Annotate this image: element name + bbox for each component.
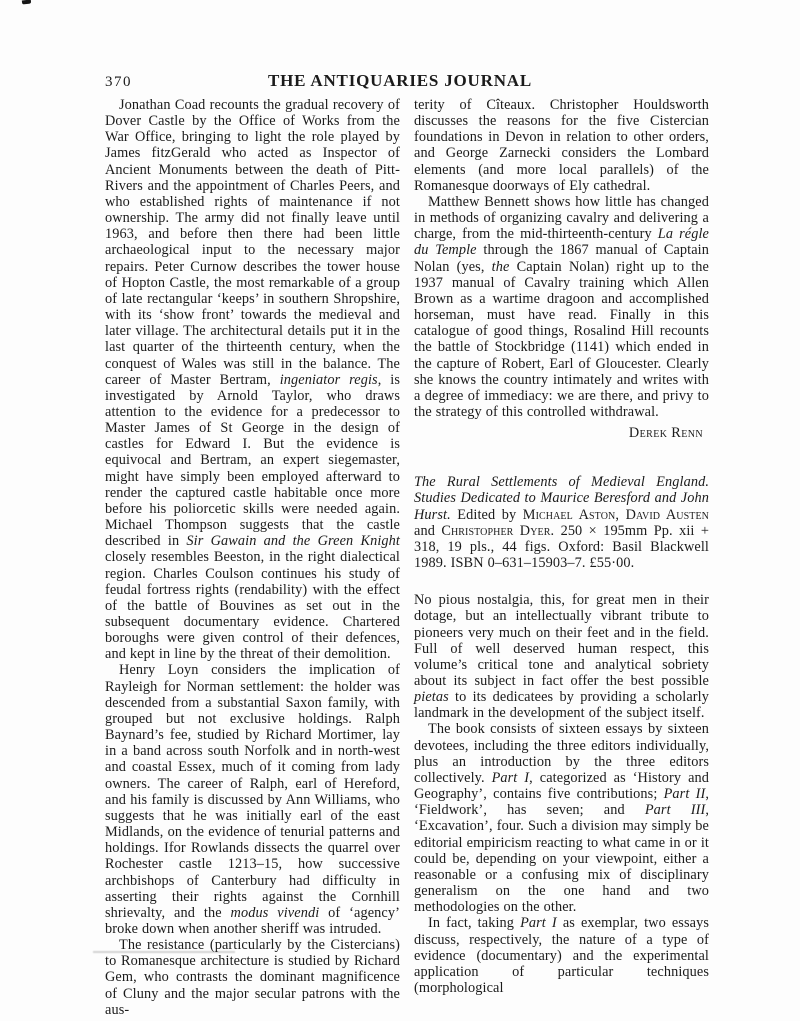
reviewer-signature: Derek Renn [414, 425, 709, 441]
book-citation: The Rural Settlements of Medieval Englan… [414, 474, 709, 571]
paragraph-cavalry-stockbridge: Matthew Bennett shows how little has cha… [414, 194, 709, 420]
reviewer-name: Derek Renn [629, 425, 703, 441]
paragraph-castle-studies: Jonathan Coad recounts the gradual recov… [105, 97, 400, 662]
review-paragraph-opening: No pious nostalgia, this, for great men … [414, 592, 709, 721]
two-column-text: Jonathan Coad recounts the gradual recov… [105, 97, 709, 1018]
review-paragraph-structure: The book consists of sixteen essays by s… [414, 721, 709, 915]
paragraph-citeaux-continuation: terity of Cîteaux. Christopher Houldswor… [414, 97, 709, 194]
right-column: terity of Cîteaux. Christopher Houldswor… [414, 97, 709, 1018]
journal-page: 370 THE ANTIQUARIES JOURNAL Jonathan Coa… [0, 0, 800, 1021]
review-paragraph-part-one: In fact, taking Part I as exemplar, two … [414, 915, 709, 996]
page-header: 370 THE ANTIQUARIES JOURNAL [0, 71, 800, 93]
paragraph-romanesque-resistance: The resistance (particularly by the Cist… [105, 937, 400, 1018]
scan-artifact-top-edge [22, 0, 31, 4]
page-number: 370 [105, 74, 132, 91]
paragraph-norman-settlement: Henry Loyn considers the implication of … [105, 662, 400, 937]
left-column: Jonathan Coad recounts the gradual recov… [105, 97, 400, 1018]
